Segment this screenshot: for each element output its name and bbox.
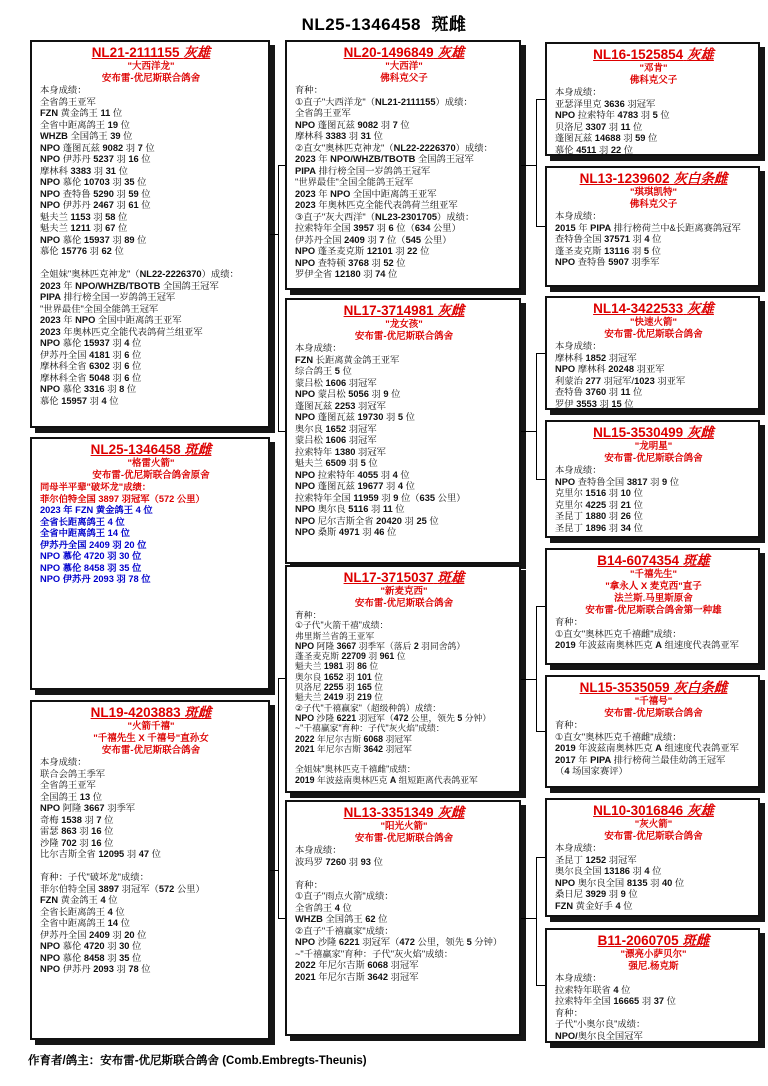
result-line: FZN 黄金鸽王 11 位 <box>40 108 262 120</box>
pigeon-name: "大西洋龙" <box>40 61 262 73</box>
sex-label: 灰雄 <box>687 47 714 62</box>
ring-number: NL17-3714981 灰雌 <box>295 302 513 319</box>
pedigree-connector-line <box>536 353 545 354</box>
result-line: NPO 蓬图瓦兹 9082 羽 7 位 <box>40 143 262 155</box>
pigeon-name: 佛科克父子 <box>555 199 752 211</box>
pigeon-name: "龙女孩" <box>295 319 513 331</box>
result-line <box>40 258 262 270</box>
result-line: 利蒙治 277 羽冠军/1023 羽亚军 <box>555 376 752 388</box>
pedigree-box-NL16-1525854: NL16-1525854 灰雄"邓肯"佛科克父子本身成绩：亚瑟泽里克 3636 … <box>545 42 760 156</box>
result-line: 魁夫兰 6509 羽 5 位 <box>295 458 513 470</box>
result-line: 贝洛尼 2255 羽 165 位 <box>295 682 513 692</box>
result-line: NPO 阿隆 3667 羽季军 <box>40 803 262 815</box>
sex-label: 灰雄 <box>183 45 210 60</box>
result-line: WHZB 全国鸽王 62 位 <box>295 914 513 926</box>
pedigree-box-NL13-1239602: NL13-1239602 灰白条雌"琪琪凯特"佛科克父子本身成绩：2015 年 … <box>545 166 760 287</box>
pedigree-box-NL10-3016846: NL10-3016846 灰雄"灰火箭"安布雷-优尼斯联合鸽舍本身成绩：圣昆丁 … <box>545 798 760 917</box>
result-line: 摩林科 3383 羽 31 位 <box>40 166 262 178</box>
result-line: ②直子"千禧赢家"成绩： <box>295 926 513 938</box>
sex-label: 斑雄 <box>683 553 710 568</box>
pigeon-name: "格雷火箭" <box>40 458 262 470</box>
result-line: NPO 阿隆 3667 羽季军（落后 2 羽同舍鸽） <box>295 641 513 651</box>
result-line: NPO/奥尔良全国冠军 <box>555 1031 752 1043</box>
result-line: 全省长距离鸽王 4 位 <box>40 907 262 919</box>
result-line: NPO 奥尔良全国 8135 羽 40 位 <box>555 878 752 890</box>
result-line: NPO 蓬图瓦兹 19730 羽 5 位 <box>295 412 513 424</box>
result-line: NPO 慕伦 10703 羽 35 位 <box>40 177 262 189</box>
result-line: 2022 年尼尔吉斯 6068 羽冠军 <box>295 960 513 972</box>
ring-number: B14-6074354 斑雄 <box>555 552 752 569</box>
result-line: NPO 查特顿 3768 羽 52 位 <box>295 258 513 270</box>
result-line: 2023 年 NPO/WHZB/TBOTB 全国鸽王冠军 <box>40 281 262 293</box>
pigeon-name: "琪琪凯特" <box>555 187 752 199</box>
footer-label: 作育者/鸽主： <box>28 1055 100 1067</box>
sex-label: 斑雌 <box>184 442 211 457</box>
pedigree-box-NL20-1496849: NL20-1496849 灰雄"大西洋"佛科克父子育种：①直子"大西洋龙"（NL… <box>285 40 521 290</box>
ring-text: NL17-3715037 <box>344 570 434 585</box>
pigeon-name: "漂亮小萨贝尔" <box>555 949 752 961</box>
pedigree-connector-line <box>536 226 545 227</box>
result-line: 桑日尼 3929 羽 9 位 <box>555 889 752 901</box>
ring-text: NL15-3530499 <box>593 425 683 440</box>
result-line: NPO 摩林科 20248 羽亚军 <box>555 364 752 376</box>
result-line: ①直子"雨点火箭"成绩： <box>295 891 513 903</box>
result-line: NPO 查特鲁全国 3817 羽 9 位 <box>555 477 752 489</box>
result-line: PIPA 排行榜全国一岁鸽鸽王冠军 <box>295 166 513 178</box>
result-line: NPO 沙隆 6221 羽冠军（472 公里，领先 5 分钟） <box>295 713 513 723</box>
result-line: 罗伊全省 12180 羽 74 位 <box>295 269 513 281</box>
result-line: 摩林科 1852 羽冠军 <box>555 353 752 365</box>
ring-text: B11-2060705 <box>598 933 679 948</box>
result-line: 2023 年 FZN 黄金鸽王 4 位 <box>40 505 262 517</box>
pigeon-name: "千禧先生 X 千禧号"直孙女 <box>40 733 262 745</box>
result-line <box>295 754 513 764</box>
result-line <box>295 868 513 880</box>
pigeon-name: 佛科克父子 <box>295 73 513 85</box>
result-line: NPO 慕伦 8458 羽 35 位 <box>40 953 262 965</box>
result-line: 魁夫兰 1981 羽 86 位 <box>295 661 513 671</box>
pedigree-box-NL13-3351349: NL13-3351349 灰雌"阳光火箭"安布雷-优尼斯联合鸽舍本身成绩：波玛罗… <box>285 800 521 1036</box>
result-line: NPO 伊苏丹 2467 羽 61 位 <box>40 200 262 212</box>
result-line: 子代"小奥尔良"成绩： <box>555 1019 752 1031</box>
pedigree-box-NL15-3535059: NL15-3535059 灰白条雌"千禧号"安布雷-优尼斯联合鸽舍育种：①直女"… <box>545 675 760 788</box>
ring-number: NL21-2111155 灰雄 <box>40 44 262 61</box>
pigeon-name: 强尼.杨克斯 <box>555 961 752 973</box>
result-line: 本身成绩： <box>40 757 262 769</box>
result-line: 蓬图瓦兹 2253 羽冠军 <box>295 401 513 413</box>
result-line: ①直女"奥林匹克千禧雌"成绩： <box>555 732 752 744</box>
pedigree-connector-line <box>521 165 536 166</box>
result-line: ①子代"火箭千禧"成绩： <box>295 620 513 630</box>
ring-number: NL17-3715037 斑雄 <box>295 569 513 586</box>
ring-number: NL15-3530499 灰雌 <box>555 424 752 441</box>
page-title-sex: 斑雌 <box>431 15 466 34</box>
ring-text: NL13-3351349 <box>344 805 434 820</box>
pigeon-name: 佛科克父子 <box>555 75 752 87</box>
result-line: ~"千禧赢家"育种：子代"灰火焰"成绩： <box>295 723 513 733</box>
result-line: （4 场国家赛评） <box>555 766 752 778</box>
pedigree-connector-line <box>536 857 537 985</box>
pedigree-connector-line <box>278 918 285 919</box>
result-line: 2022 年尼尔吉斯 6068 羽冠军 <box>295 734 513 744</box>
sex-label: 斑雌 <box>184 705 211 720</box>
result-line: 联合会鸽王季军 <box>40 769 262 781</box>
ring-text: NL14-3422533 <box>593 301 683 316</box>
ring-text: NL13-1239602 <box>580 171 670 186</box>
pedigree-box-NL17-3715037: NL17-3715037 斑雄"新麦克西"安布雷-优尼斯联合鸽舍育种：①子代"火… <box>285 565 521 793</box>
result-line: 圣昆丁 1896 羽 34 位 <box>555 523 752 535</box>
ring-number: NL10-3016846 灰雄 <box>555 802 752 819</box>
result-line: 蒙吕松 1606 羽冠军 <box>295 435 513 447</box>
result-line: 奥尔良全国 13186 羽 4 位 <box>555 866 752 878</box>
result-line: 本身成绩： <box>555 843 752 855</box>
result-line: 伊苏丹全国 2409 羽 20 位 <box>40 540 262 552</box>
result-line: 本身成绩： <box>295 343 513 355</box>
pigeon-name: 安布雷-优尼斯联合鸽舍 <box>555 831 752 843</box>
ring-number: NL20-1496849 灰雄 <box>295 44 513 61</box>
pigeon-name: 安布雷-优尼斯联合鸽舍 <box>555 329 752 341</box>
pedigree-connector-line <box>270 870 278 871</box>
result-line: 沙隆 702 羽 16 位 <box>40 838 262 850</box>
result-line: NPO 慕伦 8458 羽 35 位 <box>40 563 262 575</box>
result-line: 本身成绩： <box>295 845 513 857</box>
pigeon-name: 安布雷-优尼斯联合鸽舍 <box>555 453 752 465</box>
pigeon-name: 法兰斯.马里斯原舍 <box>555 593 752 605</box>
result-line: 慕伦 15957 羽 4 位 <box>40 396 262 408</box>
result-line: 查特鲁 3760 羽 11 位 <box>555 387 752 399</box>
result-line: 伊苏丹全国 2409 羽 20 位 <box>40 930 262 942</box>
result-line: 慕伦 4511 羽 22 位 <box>555 145 752 157</box>
result-line: 菲尔伯特全国 3897 羽冠军（572 公里） <box>40 494 262 506</box>
result-line: 2023 年奥林匹克全能代表鸽荷兰组亚军 <box>40 327 262 339</box>
result-line: NPO 尼尔吉斯全省 20420 羽 25 位 <box>295 516 513 528</box>
pedigree-document: { "page_title": {"ring": "NL25-1346458",… <box>0 0 768 1086</box>
ring-text: NL15-3535059 <box>580 680 670 695</box>
result-line: NPO 慕伦 15937 羽 4 位 <box>40 338 262 350</box>
result-line: NPO 慕伦 3316 羽 8 位 <box>40 384 262 396</box>
ring-number: NL25-1346458 斑雌 <box>40 441 262 458</box>
result-line: 2023 年奥林匹克全能代表鸽荷兰组亚军 <box>295 200 513 212</box>
result-line: NPO 蒙吕松 5056 羽 9 位 <box>295 389 513 401</box>
pedigree-box-NL15-3530499: NL15-3530499 灰雌"龙明星"安布雷-优尼斯联合鸽舍本身成绩：NPO … <box>545 420 760 538</box>
pigeon-name: "千禧号" <box>555 696 752 708</box>
result-line: 克里尔 4225 羽 21 位 <box>555 500 752 512</box>
sex-label: 灰雄 <box>687 803 714 818</box>
result-line: 全省鸽王亚军 <box>40 97 262 109</box>
result-line: 综合鸽王 5 位 <box>295 366 513 378</box>
footer: 作育者/鸽主：安布雷-优尼斯联合鸽舍 (Comb.Embregts-Theuni… <box>28 1052 748 1068</box>
ring-number: NL16-1525854 灰雄 <box>555 46 752 63</box>
pedigree-connector-line <box>536 606 537 731</box>
result-line: 本身成绩： <box>555 341 752 353</box>
ring-text: NL16-1525854 <box>593 47 683 62</box>
result-line: NPO 奥尔良 5116 羽 11 位 <box>295 504 513 516</box>
result-line: 2021 年尼尔吉斯 3642 羽冠军 <box>295 972 513 984</box>
result-line: ~"千禧赢家"育种：子代"灰火焰"成绩： <box>295 949 513 961</box>
result-line: 本身成绩： <box>555 973 752 985</box>
result-line: FZN 长距离黄金鸽王亚军 <box>295 355 513 367</box>
footer-value: 安布雷-优尼斯联合鸽舍 (Comb.Embregts-Theunis) <box>100 1055 366 1067</box>
result-line: 圣昆丁 1880 羽 26 位 <box>555 511 752 523</box>
result-line: 全姐妹"奥林匹克千禧雌"成绩： <box>295 764 513 774</box>
ring-text: NL21-2111155 <box>92 45 180 60</box>
result-line: ②直女"奥林匹克神龙"（NL22-2226370）成绩： <box>295 143 513 155</box>
result-line: WHZB 全国鸽王 39 位 <box>40 131 262 143</box>
result-line: ①直子"大西洋龙"（NL21-2111155）成绩： <box>295 97 513 109</box>
pigeon-name: 安布雷-优尼斯联合鸽舍 <box>295 331 513 343</box>
ring-number: NL15-3535059 灰白条雌 <box>555 679 752 696</box>
ring-text: NL17-3714981 <box>344 303 434 318</box>
result-line: NPO 慕伦 4720 羽 30 位 <box>40 941 262 953</box>
result-line: 全省鸽王亚军 <box>40 780 262 792</box>
result-line: 蓬圣麦克斯 13116 羽 5 位 <box>555 246 752 258</box>
result-line: "世界最佳"全国全能鸽王冠军 <box>295 177 513 189</box>
result-line: 2023 年 NPO 全国中距离鸽王亚军 <box>295 189 513 201</box>
sex-label: 灰雌 <box>437 303 464 318</box>
ring-text: NL10-3016846 <box>593 803 683 818</box>
result-line: "世界最佳"全国全能鸽王冠军 <box>40 304 262 316</box>
pedigree-connector-line <box>536 985 545 986</box>
result-line: 蓬图瓦兹 14688 羽 59 位 <box>555 133 752 145</box>
pedigree-box-NL19-4203883: NL19-4203883 斑雌"火箭千禧""千禧先生 X 千禧号"直孙女安布雷-… <box>30 700 270 1040</box>
result-line: NPO 查特鲁 5290 羽 59 位 <box>40 189 262 201</box>
pedigree-connector-line <box>278 165 279 431</box>
pigeon-name: "灰火箭" <box>555 819 752 831</box>
result-line: ①直女"奥林匹克千禧雌"成绩： <box>555 629 752 641</box>
ring-number: NL13-1239602 灰白条雌 <box>555 170 752 187</box>
result-line: 拉索特年全国 3957 羽 6 位（634 公里） <box>295 223 513 235</box>
result-line: 本身成绩： <box>555 87 752 99</box>
result-line: 2019 年波兹南奥林匹克 A 组速度代表鸽亚军 <box>555 640 752 652</box>
pigeon-name: "千禧先生" <box>555 569 752 581</box>
result-line: 雷瑟 863 羽 16 位 <box>40 826 262 838</box>
result-line: NPO 伊苏丹 2093 羽 78 位 <box>40 574 262 586</box>
pigeon-name: 安布雷-优尼斯联合鸽舍 <box>295 833 513 845</box>
result-line: 本身成绩： <box>555 465 752 477</box>
result-line: 比尔吉斯全省 12095 羽 47 位 <box>40 849 262 861</box>
result-line: 育种：子代"破坏龙"成绩： <box>40 872 262 884</box>
pigeon-name: 安布雷-优尼斯联合鸽舍第一种雄 <box>555 605 752 617</box>
page-title: NL25-1346458 斑雌 <box>0 10 768 35</box>
result-line: NPO 拉索特年 4055 羽 4 位 <box>295 470 513 482</box>
result-line: 全国鸽王 13 位 <box>40 792 262 804</box>
result-line: 菲尔伯特全国 3897 羽冠军（572 公里） <box>40 884 262 896</box>
ring-text: NL19-4203883 <box>91 705 181 720</box>
result-line: ③直子"灰大西洋"（NL23-2301705）成绩： <box>295 212 513 224</box>
result-line: 2015 年 PIPA 排行榜荷兰中&长距离赛鸽冠军 <box>555 223 752 235</box>
pedigree-connector-line <box>536 857 545 858</box>
result-line: NPO 伊苏丹 5237 羽 16 位 <box>40 154 262 166</box>
result-line: 全省中距离鸽王 19 位 <box>40 120 262 132</box>
pedigree-box-NL14-3422533: NL14-3422533 灰雄"快速火箭"安布雷-优尼斯联合鸽舍本身成绩：摩林科… <box>545 296 760 410</box>
result-line: 魁夫兰 2419 羽 219 位 <box>295 692 513 702</box>
sex-label: 斑雌 <box>682 933 709 948</box>
result-line: 摩林科全省 6302 羽 6 位 <box>40 361 262 373</box>
pedigree-connector-line <box>536 99 537 226</box>
result-line: 伊苏丹全国 4181 羽 6 位 <box>40 350 262 362</box>
pedigree-box-NL21-2111155: NL21-2111155 灰雄"大西洋龙"安布雷-优尼斯联合鸽舍本身成绩：全省鸽… <box>30 40 270 428</box>
result-line: 奇梅 1538 羽 7 位 <box>40 815 262 827</box>
pigeon-name: "大西洋" <box>295 61 513 73</box>
pedigree-connector-line <box>278 678 285 679</box>
result-line: 波玛罗 7260 羽 93 位 <box>295 857 513 869</box>
result-line: 拉索特年全国 16665 羽 37 位 <box>555 996 752 1008</box>
result-line: 育种： <box>555 1008 752 1020</box>
result-line: NPO 拉索特年 4783 羽 5 位 <box>555 110 752 122</box>
sex-label: 灰雄 <box>687 301 714 316</box>
pedigree-connector-line <box>536 479 545 480</box>
result-line: 育种： <box>295 85 513 97</box>
pedigree-connector-line <box>536 99 545 100</box>
page-title-ring: NL25-1346458 <box>302 15 421 34</box>
result-line: NPO 沙隆 6221 羽冠军（472 公里，领先 5 分钟） <box>295 937 513 949</box>
ring-number: NL13-3351349 灰雌 <box>295 804 513 821</box>
pedigree-connector-line <box>536 606 545 607</box>
result-line: 奥尔良 1652 羽 101 位 <box>295 672 513 682</box>
result-line: 育种： <box>295 610 513 620</box>
result-line: 克里尔 1516 羽 10 位 <box>555 488 752 500</box>
sex-label: 斑雄 <box>437 570 464 585</box>
pigeon-name: "阳光火箭" <box>295 821 513 833</box>
result-line: 本身成绩： <box>40 85 262 97</box>
ring-text: NL20-1496849 <box>344 45 434 60</box>
result-line: 2019 年波兹南奥林匹克 A 组短距离代表鸽亚军 <box>295 775 513 785</box>
result-line: 全省长距离鸽王 4 位 <box>40 517 262 529</box>
pigeon-name: 安布雷-优尼斯联合鸽舍 <box>555 708 752 720</box>
result-line: ②子代"千禧赢家"（超级种鸽）成绩： <box>295 703 513 713</box>
pedigree-box-NL17-3714981: NL17-3714981 灰雌"龙女孩"安布雷-优尼斯联合鸽舍本身成绩：FZN … <box>285 298 521 564</box>
result-line: 罗伊 3553 羽 15 位 <box>555 399 752 411</box>
result-line: 伊苏丹全国 2409 羽 7 位（545 公里） <box>295 235 513 247</box>
result-line: NPO 蓬圣麦克斯 12101 羽 22 位 <box>295 246 513 258</box>
sex-label: 灰白条雌 <box>673 171 727 186</box>
pedigree-connector-line <box>536 731 545 732</box>
result-line: 奥尔良 1652 羽冠军 <box>295 424 513 436</box>
result-line: 拉索特年联省 4 位 <box>555 985 752 997</box>
result-line: 2023 年 NPO 全国中距离鸽王亚军 <box>40 315 262 327</box>
pigeon-name: 安布雷-优尼斯联合鸽舍 <box>40 745 262 757</box>
result-line: 慕伦 15776 羽 62 位 <box>40 246 262 258</box>
pedigree-connector-line <box>521 918 536 919</box>
result-line: 同母半平辈"破坏龙"成绩： <box>40 482 262 494</box>
result-line: NPO 查特鲁 5907 羽季军 <box>555 257 752 269</box>
result-line: 本身成绩： <box>555 211 752 223</box>
result-line: 育种： <box>555 617 752 629</box>
result-line: 蒙吕松 1606 羽冠军 <box>295 378 513 390</box>
pigeon-name: "邓肯" <box>555 63 752 75</box>
pedigree-box-B14-6074354: B14-6074354 斑雄"千禧先生""拿永人 X 麦克西"直子法兰斯.马里斯… <box>545 548 760 665</box>
pedigree-connector-line <box>278 165 285 166</box>
result-line: 2021 年尼尔吉斯 3642 羽冠军 <box>295 744 513 754</box>
result-line: 2019 年波兹南奥林匹克 A 组速度代表鸽亚军 <box>555 743 752 755</box>
result-line: 魁夫兰 1211 羽 67 位 <box>40 223 262 235</box>
result-line: NPO 慕伦 15937 羽 89 位 <box>40 235 262 247</box>
pedigree-connector-line <box>278 431 285 432</box>
pigeon-name: 安布雷-优尼斯联合鸽舍 <box>40 73 262 85</box>
result-line: 全省中距离鸽王 14 位 <box>40 528 262 540</box>
result-line: 全姐妹"奥林匹克神龙"（NL22-2226370）成绩： <box>40 269 262 281</box>
result-line: PIPA 排行榜全国一岁鸽鸽王冠军 <box>40 292 262 304</box>
ring-text: B14-6074354 <box>597 553 679 568</box>
result-line: FZN 黄金好手 4 位 <box>555 901 752 913</box>
result-line: 亚瑟泽里克 3636 羽冠军 <box>555 99 752 111</box>
result-line: 贝洛尼 3307 羽 11 位 <box>555 122 752 134</box>
ring-text: NL25-1346458 <box>91 442 181 457</box>
result-line: 2017 年 PIPA 排行榜荷兰最佳幼鸽王冠军 <box>555 755 752 767</box>
ring-number: NL19-4203883 斑雌 <box>40 704 262 721</box>
result-line: 查特鲁全国 37571 羽 4 位 <box>555 234 752 246</box>
pedigree-connector-line <box>536 353 537 479</box>
pigeon-name: "龙明星" <box>555 441 752 453</box>
result-line: NPO 蓬图瓦兹 19677 羽 4 位 <box>295 481 513 493</box>
result-line: 全省鸽王 4 位 <box>295 903 513 915</box>
sex-label: 灰雄 <box>437 45 464 60</box>
result-line: 全省鸽王亚军 <box>295 108 513 120</box>
pedigree-connector-line <box>521 679 536 680</box>
sex-label: 灰雌 <box>437 805 464 820</box>
pedigree-box-NL25-1346458: NL25-1346458 斑雌"格雷火箭"安布雷-优尼斯联合鸽舍原舍同母半平辈"… <box>30 437 270 690</box>
pedigree-connector-line <box>270 234 278 235</box>
result-line: 全省中距离鸽王 14 位 <box>40 918 262 930</box>
result-line: NPO 蓬图瓦兹 9082 羽 7 位 <box>295 120 513 132</box>
pedigree-connector-line <box>278 678 279 918</box>
result-line: NPO 慕伦 4720 羽 30 位 <box>40 551 262 563</box>
pigeon-name: "快速火箭" <box>555 317 752 329</box>
sex-label: 灰雌 <box>687 425 714 440</box>
result-line <box>40 861 262 873</box>
result-line: 魁夫兰 1153 羽 58 位 <box>40 212 262 224</box>
result-line: 拉索特年 1380 羽冠军 <box>295 447 513 459</box>
pigeon-name: "火箭千禧" <box>40 721 262 733</box>
sex-label: 灰白条雌 <box>673 680 727 695</box>
pigeon-name: "拿永人 X 麦克西"直子 <box>555 581 752 593</box>
result-line: 2023 年 NPO/WHZB/TBOTB 全国鸽王冠军 <box>295 154 513 166</box>
result-line: 育种： <box>295 880 513 892</box>
pedigree-connector-line <box>521 431 536 432</box>
result-line: 拉索特年全国 11959 羽 9 位（635 公里） <box>295 493 513 505</box>
result-line: 蓬圣麦克斯 22709 羽 961 位 <box>295 651 513 661</box>
pigeon-name: 安布雷-优尼斯联合鸽舍原舍 <box>40 470 262 482</box>
result-line: NPO 伊苏丹 2093 羽 78 位 <box>40 964 262 976</box>
result-line: 摩林科 3383 羽 31 位 <box>295 131 513 143</box>
result-line: 摩林科全省 5048 羽 6 位 <box>40 373 262 385</box>
result-line: 育种： <box>555 720 752 732</box>
result-line: FZN 黄金鸽王 4 位 <box>40 895 262 907</box>
pigeon-name: "新麦克西" <box>295 586 513 598</box>
ring-number: NL14-3422533 灰雄 <box>555 300 752 317</box>
ring-number: B11-2060705 斑雌 <box>555 932 752 949</box>
pedigree-box-B11-2060705: B11-2060705 斑雌"漂亮小萨贝尔"强尼.杨克斯本身成绩：拉索特年联省 … <box>545 928 760 1043</box>
result-line: NPO 桑斯 4971 羽 46 位 <box>295 527 513 539</box>
pigeon-name: 安布雷-优尼斯联合鸽舍 <box>295 598 513 610</box>
result-line: 圣昆丁 1252 羽冠军 <box>555 855 752 867</box>
result-line: 弗里斯兰省鸽王亚军 <box>295 631 513 641</box>
